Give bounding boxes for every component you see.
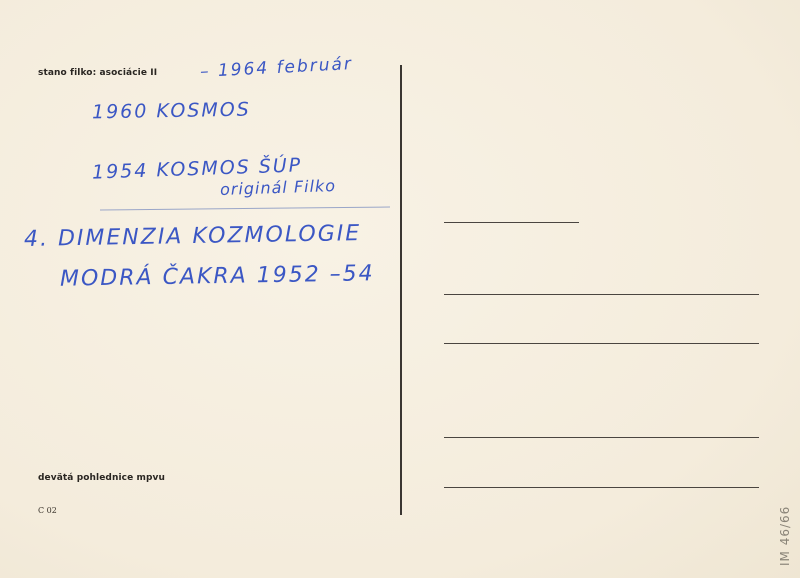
address-line-2	[444, 343, 759, 344]
handwritten-line-3: originál Filko	[220, 176, 337, 199]
handwritten-date: – 1964 február	[200, 54, 354, 82]
printed-header: stano filko: asociácie II	[38, 68, 157, 78]
address-line-4	[444, 487, 759, 488]
handwritten-underline	[100, 206, 390, 210]
message-address-divider	[400, 65, 402, 515]
handwritten-line-5: MODRÁ ČAKRA 1952 –54	[60, 261, 375, 291]
address-line-3	[444, 437, 759, 438]
handwritten-line-4: 4. DIMENZIA KOZMOLOGIE	[24, 221, 362, 252]
print-code: C 02	[38, 506, 57, 515]
printed-footer: devätá pohlednice mpvu	[38, 473, 165, 483]
archive-mark: IM 46/66	[778, 506, 792, 566]
stamp-line	[444, 222, 579, 223]
address-line-1	[444, 294, 759, 295]
postcard-back: stano filko: asociácie II – 1964 február…	[0, 0, 800, 578]
handwritten-line-1: 1960 KOSMOS	[92, 99, 251, 124]
